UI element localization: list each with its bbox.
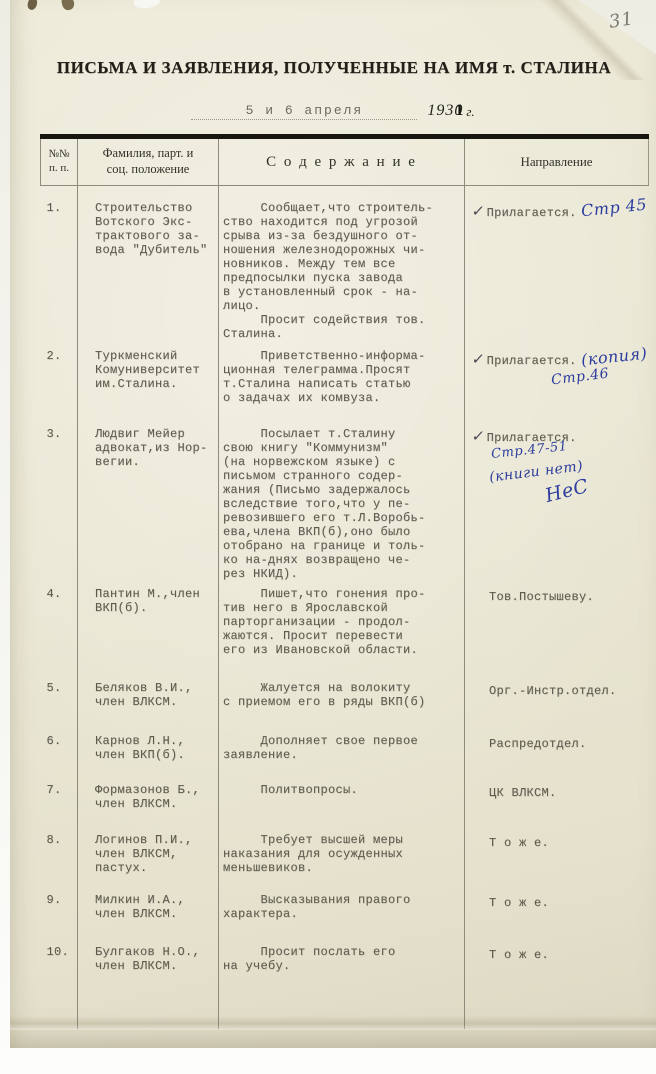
- row-content: Дополняет свое первое заявление.: [219, 734, 464, 762]
- date-suffix: г.: [466, 104, 474, 120]
- table-row: 3. Людвиг Мейер адвокат,из Нор- вегии. П…: [41, 427, 649, 587]
- handwritten-note: Стр.46: [550, 366, 610, 389]
- row-person: Булгаков Н.О., член ВЛКСМ.: [78, 945, 218, 973]
- row-number: 10.: [41, 945, 78, 959]
- paper-tear: [133, 0, 160, 10]
- row-person: Пантин М.,член ВКП(б).: [78, 587, 218, 615]
- row-person: Людвиг Мейер адвокат,из Нор- вегии.: [78, 427, 218, 469]
- row-direction: Орг.-Инстр.отдел.: [489, 684, 617, 698]
- letters-table: №№ п. п. Фамилия, парт. и соц. положение…: [40, 134, 649, 1029]
- row-person: Карнов Л.Н., член ВКП(б).: [78, 734, 218, 762]
- row-person: Логинов П.И., член ВЛКСМ, пастух.: [78, 833, 218, 875]
- staple-mark: [61, 0, 76, 11]
- header-content: С о д е р ж а н и е: [219, 137, 465, 186]
- checkmark-icon: ✓: [471, 202, 486, 220]
- table-header-row: №№ п. п. Фамилия, парт. и соц. положение…: [41, 137, 649, 186]
- row-direction: Т о ж е.: [489, 836, 549, 850]
- pencil-page-number: 31: [608, 8, 636, 33]
- row-person: Формазонов Б., член ВЛКСМ.: [78, 783, 218, 811]
- table-row: 2. Туркменский Комуниверситет им.Сталина…: [41, 349, 649, 427]
- row-number: 3.: [41, 427, 78, 441]
- row-content: Требует высшей меры наказания для осужде…: [219, 833, 464, 875]
- row-content: Жалуется на волокиту с приемом его в ряд…: [219, 681, 464, 709]
- row-direction: Т о ж е.: [489, 896, 549, 910]
- row-number: 4.: [41, 587, 78, 601]
- row-person: Туркменский Комуниверситет им.Сталина.: [78, 349, 218, 391]
- header-direction: Направление: [465, 137, 649, 186]
- table-row: 4. Пантин М.,член ВКП(б). Пишет,что гоне…: [41, 587, 649, 681]
- row-direction: Т о ж е.: [489, 948, 549, 962]
- checkmark-icon: ✓: [471, 427, 486, 445]
- row-number: 2.: [41, 349, 78, 363]
- row-person: Строительство Вотского Экс- трактового з…: [78, 201, 218, 257]
- row-content: Просит послать его на учебу.: [219, 945, 464, 973]
- date-typed: 5 и 6 апреля: [191, 103, 417, 120]
- table-row: 6. Карнов Л.Н., член ВКП(б). Дополняет с…: [41, 734, 649, 783]
- checkmark-icon: ✓: [471, 350, 486, 368]
- corner-crease: [536, 0, 656, 80]
- staple-mark: [26, 0, 39, 11]
- row-number: 7.: [41, 783, 78, 797]
- table-row: 1. Строительство Вотского Экс- трактовог…: [41, 186, 649, 350]
- table-row: 9. Милкин И.А., член ВЛКСМ. Высказывания…: [41, 893, 649, 945]
- row-number: 6.: [41, 734, 78, 748]
- row-content: Пишет,что гонения про- тив него в Яросла…: [219, 587, 464, 657]
- header-number: №№ п. п.: [41, 137, 78, 186]
- row-content: Приветственно-информа- ционная телеграмм…: [219, 349, 464, 405]
- table-row: 10. Булгаков Н.О., член ВЛКСМ. Просит по…: [41, 945, 649, 983]
- date-overstrike: 1: [455, 102, 463, 120]
- row-number: 1.: [41, 201, 78, 215]
- row-content: Высказывания правого характера.: [219, 893, 464, 921]
- row-direction: Тов.Постышеву.: [489, 590, 594, 604]
- row-direction: Прилагается.: [487, 354, 577, 368]
- handwritten-signature: НеС: [543, 475, 591, 507]
- table-row: 7. Формазонов Б., член ВЛКСМ. Политвопро…: [41, 783, 649, 833]
- row-number: 8.: [41, 833, 78, 847]
- document-sheet: ПИСЬМА И ЗАЯВЛЕНИЯ, ПОЛУЧЕННЫЕ НА ИМЯ т.…: [10, 0, 656, 1048]
- row-content: Посылает т.Сталину свою книгу "Коммунизм…: [219, 427, 464, 581]
- row-content: Сообщает,что строитель- ство находится п…: [219, 201, 464, 341]
- date-line: 5 и 6 апреля 1930 1 г.: [10, 98, 656, 120]
- row-person: Беляков В.И., член ВЛКСМ.: [78, 681, 218, 709]
- row-direction: Прилагается.: [487, 206, 577, 220]
- row-number: 9.: [41, 893, 78, 907]
- header-person: Фамилия, парт. и соц. положение: [78, 137, 219, 186]
- row-direction: ЦК ВЛКСМ.: [489, 786, 557, 800]
- row-number: 5.: [41, 681, 78, 695]
- table-row: 8. Логинов П.И., член ВЛКСМ, пастух. Тре…: [41, 833, 649, 893]
- handwritten-page-note: Стр 45: [580, 195, 648, 221]
- row-content: Политвопросы.: [219, 783, 464, 797]
- table-body: 1. Строительство Вотского Экс- трактовог…: [41, 186, 649, 1030]
- row-direction: Распредотдел.: [489, 737, 587, 751]
- fold-crease: [10, 1016, 656, 1030]
- table-row: 5. Беляков В.И., член ВЛКСМ. Жалуется на…: [41, 681, 649, 734]
- row-person: Милкин И.А., член ВЛКСМ.: [78, 893, 218, 921]
